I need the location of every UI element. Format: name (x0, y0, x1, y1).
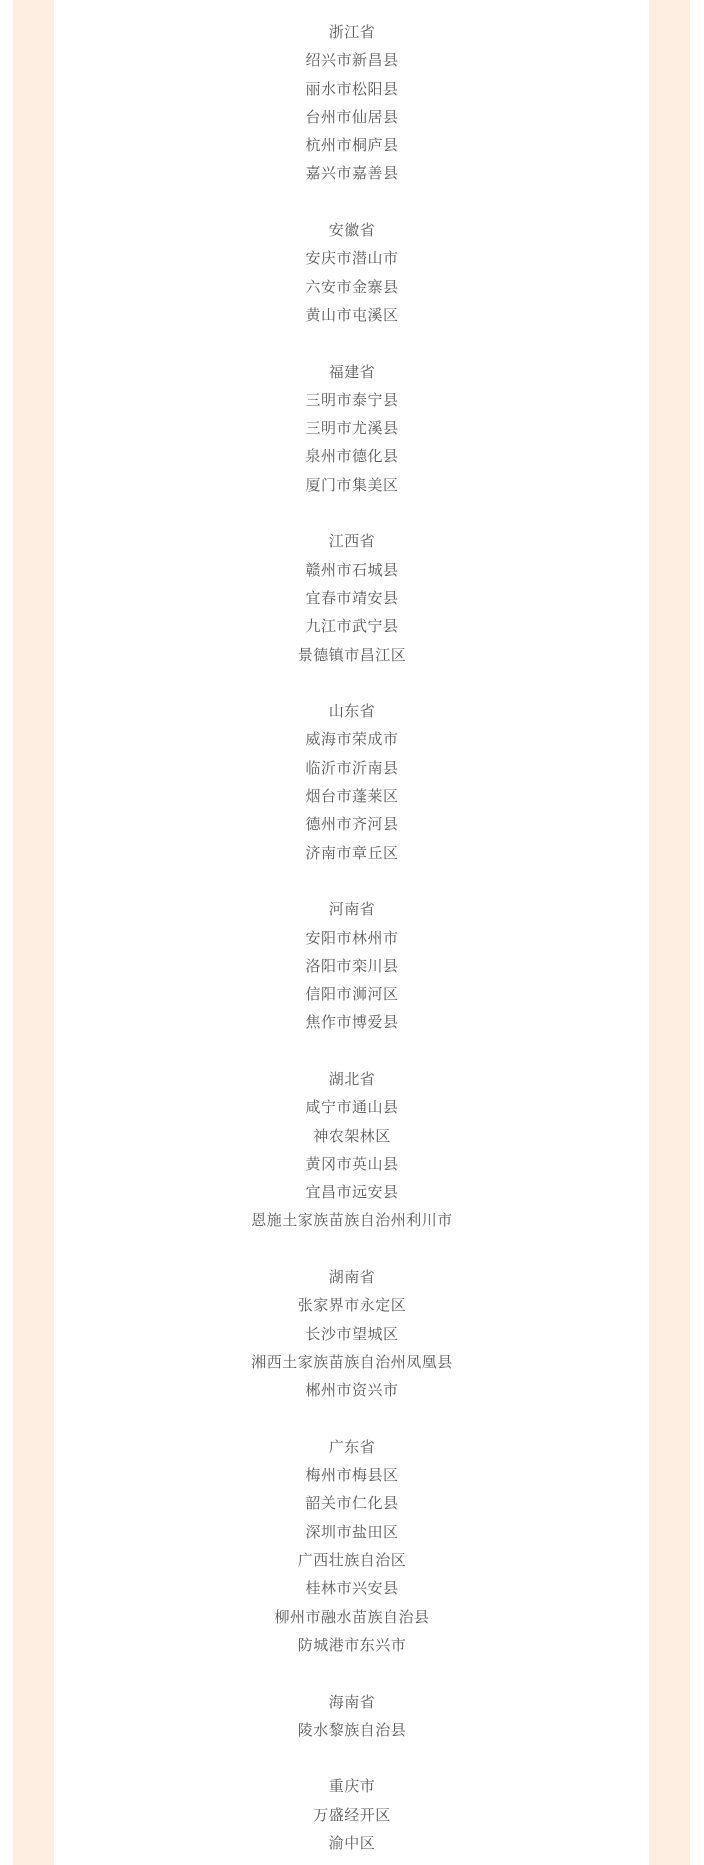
region-item: 渝中区 (54, 1830, 650, 1858)
region-item: 厦门市集美区 (54, 472, 650, 500)
region-item: 景德镇市昌江区 (54, 642, 650, 670)
province-header: 河南省 (54, 896, 650, 924)
province-header: 福建省 (54, 359, 650, 387)
province-group: 广东省梅州市梅县区韶关市仁化县深圳市盐田区广西壮族自治区桂林市兴安县柳州市融水苗… (54, 1434, 650, 1660)
province-group: 湖南省张家界市永定区长沙市望城区湘西土家族苗族自治州凤凰县郴州市资兴市 (54, 1264, 650, 1405)
region-item: 信阳市浉河区 (54, 981, 650, 1009)
region-item: 黄冈市英山县 (54, 1151, 650, 1179)
region-item: 绍兴市新昌县 (54, 47, 650, 75)
region-item: 万盛经开区 (54, 1802, 650, 1830)
region-item: 威海市荣成市 (54, 726, 650, 754)
region-item: 六安市金寨县 (54, 274, 650, 302)
region-item: 梅州市梅县区 (54, 1462, 650, 1490)
region-item: 三明市尤溪县 (54, 415, 650, 443)
region-list: 浙江省绍兴市新昌县丽水市松阳县台州市仙居县杭州市桐庐县嘉兴市嘉善县安徽省安庆市潜… (54, 19, 650, 1858)
region-item: 洛阳市栾川县 (54, 953, 650, 981)
province-header: 安徽省 (54, 217, 650, 245)
province-header: 广东省 (54, 1434, 650, 1462)
province-header: 海南省 (54, 1689, 650, 1717)
province-group: 福建省三明市泰宁县三明市尤溪县泉州市德化县厦门市集美区 (54, 359, 650, 500)
region-item: 咸宁市通山县 (54, 1094, 650, 1122)
province-group: 重庆市万盛经开区渝中区 (54, 1773, 650, 1858)
province-group: 湖北省咸宁市通山县神农架林区黄冈市英山县宜昌市远安县恩施土家族苗族自治州利川市 (54, 1066, 650, 1236)
region-item: 临沂市沂南县 (54, 755, 650, 783)
region-item: 嘉兴市嘉善县 (54, 160, 650, 188)
province-group: 安徽省安庆市潜山市六安市金寨县黄山市屯溪区 (54, 217, 650, 330)
region-item: 安庆市潜山市 (54, 245, 650, 273)
province-group: 河南省安阳市林州市洛阳市栾川县信阳市浉河区焦作市博爱县 (54, 896, 650, 1037)
region-item: 焦作市博爱县 (54, 1009, 650, 1037)
region-item: 赣州市石城县 (54, 557, 650, 585)
province-group: 江西省赣州市石城县宜春市靖安县九江市武宁县景德镇市昌江区 (54, 528, 650, 669)
province-header: 湖北省 (54, 1066, 650, 1094)
region-item: 烟台市蓬莱区 (54, 783, 650, 811)
region-item: 恩施土家族苗族自治州利川市 (54, 1207, 650, 1235)
province-header: 江西省 (54, 528, 650, 556)
region-item: 安阳市林州市 (54, 925, 650, 953)
region-item: 三明市泰宁县 (54, 387, 650, 415)
region-item: 柳州市融水苗族自治县 (54, 1604, 650, 1632)
region-item: 长沙市望城区 (54, 1321, 650, 1349)
province-header: 山东省 (54, 698, 650, 726)
province-header: 浙江省 (54, 19, 650, 47)
region-item: 神农架林区 (54, 1123, 650, 1151)
region-item: 台州市仙居县 (54, 104, 650, 132)
region-item: 泉州市德化县 (54, 443, 650, 471)
province-group: 海南省陵水黎族自治县 (54, 1689, 650, 1746)
region-item: 张家界市永定区 (54, 1292, 650, 1320)
region-item: 韶关市仁化县 (54, 1490, 650, 1518)
province-header: 湖南省 (54, 1264, 650, 1292)
region-item: 宜春市靖安县 (54, 585, 650, 613)
region-item: 深圳市盐田区 (54, 1519, 650, 1547)
region-item: 九江市武宁县 (54, 613, 650, 641)
region-item: 黄山市屯溪区 (54, 302, 650, 330)
left-accent-strip (13, 0, 54, 1865)
region-item: 防城港市东兴市 (54, 1632, 650, 1660)
region-item: 济南市章丘区 (54, 840, 650, 868)
region-item: 丽水市松阳县 (54, 76, 650, 104)
region-item: 杭州市桐庐县 (54, 132, 650, 160)
province-group: 浙江省绍兴市新昌县丽水市松阳县台州市仙居县杭州市桐庐县嘉兴市嘉善县 (54, 19, 650, 189)
right-accent-strip (649, 0, 690, 1865)
region-item: 宜昌市远安县 (54, 1179, 650, 1207)
province-group: 山东省威海市荣成市临沂市沂南县烟台市蓬莱区德州市齐河县济南市章丘区 (54, 698, 650, 868)
region-item: 广西壮族自治区 (54, 1547, 650, 1575)
region-item: 湘西土家族苗族自治州凤凰县 (54, 1349, 650, 1377)
region-item: 陵水黎族自治县 (54, 1717, 650, 1745)
region-item: 德州市齐河县 (54, 811, 650, 839)
region-item: 郴州市资兴市 (54, 1377, 650, 1405)
province-header: 重庆市 (54, 1773, 650, 1801)
region-item: 桂林市兴安县 (54, 1575, 650, 1603)
